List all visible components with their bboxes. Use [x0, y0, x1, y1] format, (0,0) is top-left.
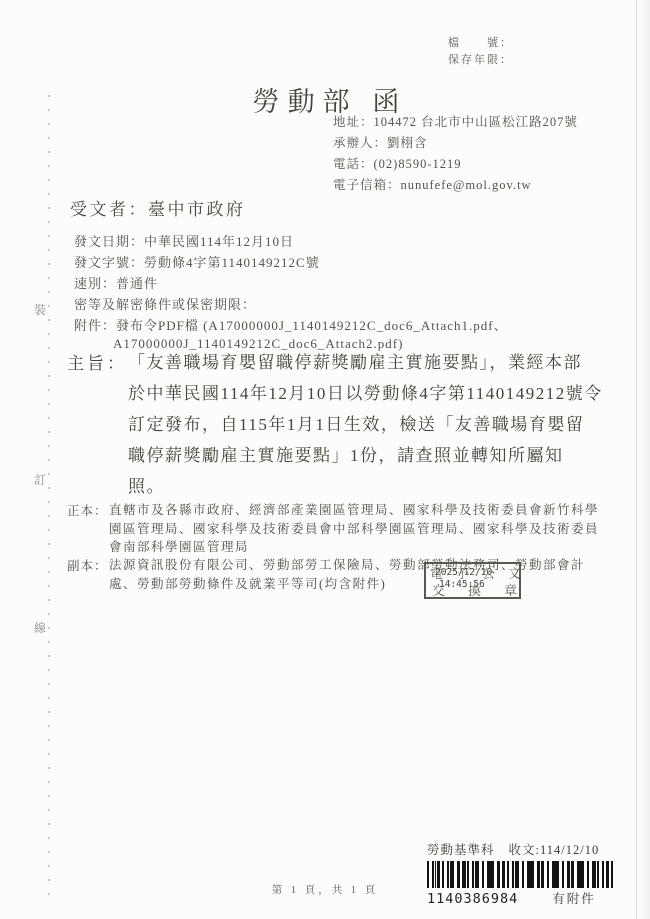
sender-info-block: 地址：104472 台北市中山區松江路207號 承辦人：劉栩含 電話：(02)8… [333, 112, 578, 196]
stamp-date: 2025/12/10 [435, 567, 492, 578]
stamp-time: 14:45:56 [439, 579, 485, 590]
binding-dotted-line [48, 95, 50, 907]
text-line: 照。 [128, 471, 603, 502]
receipt-header-row: 勞動基準科 收文:114/12/10 [427, 840, 617, 858]
binding-mark-xian: 線 [34, 619, 46, 636]
text-line: 發文字號：勞動條4字第1140149212C號 [74, 252, 508, 273]
page-number-footer: 第 1 頁，共 1 頁 [0, 882, 650, 897]
text-line: 密等及解密條件或保密期限： [74, 294, 508, 315]
recipient-line: 受文者：臺中市政府 [70, 195, 246, 220]
sender-address: 地址：104472 台北市中山區松江路207號 [333, 112, 578, 133]
binding-mark-ding: 訂 [34, 471, 46, 488]
text-line: 附件：發布令PDF檔 (A17000000J_1140149212C_doc6_… [74, 315, 508, 336]
text-line: 園區管理局、國家科學及技術委員會中部科學園區管理局、國家科學及技術委員 [109, 520, 599, 539]
text-line: 職停薪獎勵雇主實施要點」1份，請查照並轉知所屬知 [128, 440, 603, 471]
scan-edge-shadow [636, 0, 650, 919]
file-number-block: 檔 號： 保存年限： [448, 35, 513, 69]
sender-email: 電子信箱：nunufefe@mol.gov.tw [333, 175, 578, 196]
sender-contact-person: 承辦人：劉栩含 [333, 133, 578, 154]
retention-period-label: 保存年限： [448, 52, 513, 69]
file-number-label: 檔 號： [448, 35, 513, 52]
text-line: 發文日期：中華民國114年12月10日 [74, 231, 508, 252]
receipt-date: 收文:114/12/10 [509, 840, 600, 858]
binding-mark-zhuang: 裝 [34, 301, 46, 318]
electronic-exchange-stamp: 電子公文 交換章 2025/12/10 14:45:56 [424, 562, 521, 599]
primary-recipients-label: 正本： [67, 501, 108, 519]
receipt-department: 勞動基準科 [427, 840, 495, 858]
subject-label: 主旨： [67, 349, 127, 374]
scanned-official-letter: 裝 訂 線 檔 號： 保存年限： 勞動部 函 地址：104472 台北市中山區松… [0, 0, 650, 919]
text-line: 訂定發布，自115年1月1日生效，檢送「友善職場育嬰留 [128, 409, 603, 440]
copy-recipients-label: 副本： [67, 556, 108, 574]
sender-phone: 電話：(02)8590-1219 [333, 154, 578, 175]
text-line: 直轄市及各縣市政府、經濟部產業園區管理局、國家科學及技術委員會新竹科學 [109, 501, 599, 520]
text-line: 速別：普通件 [74, 273, 508, 294]
text-line: 「友善職場育嬰留職停薪獎勵雇主實施要點」，業經本部 [128, 347, 603, 378]
document-meta-block: 發文日期：中華民國114年12月10日發文字號：勞動條4字第1140149212… [74, 231, 508, 336]
subject-body: 「友善職場育嬰留職停薪獎勵雇主實施要點」，業經本部於中華民國114年12月10日… [128, 347, 603, 502]
text-line: 會南部科學園區管理局 [109, 538, 599, 557]
text-line: 於中華民國114年12月10日以勞動條4字第1140149212號令 [128, 378, 603, 409]
primary-recipients-body: 直轄市及各縣市政府、經濟部產業園區管理局、國家科學及技術委員會新竹科學園區管理局… [109, 501, 599, 557]
